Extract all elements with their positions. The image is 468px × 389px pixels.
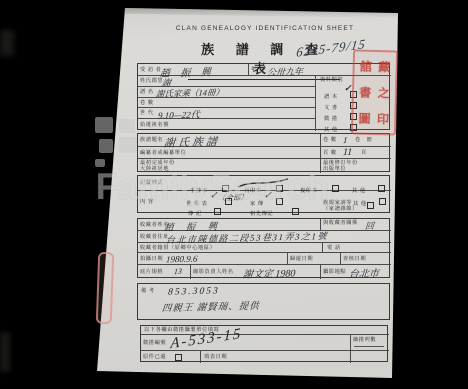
field-genealogy-title: 族譜題名 謝氏族譜 bbox=[138, 134, 321, 147]
field-holder-address: 收藏者住址 台北市陳德路二段53巷31弄3之1號 bbox=[138, 231, 391, 243]
field-label: 編纂者或編纂單位 bbox=[140, 150, 186, 155]
field-filming-place: 攝影地點 台北市 bbox=[321, 265, 391, 279]
seal-char: 書 bbox=[359, 84, 371, 101]
field-label: 查核日期 bbox=[343, 256, 366, 261]
film-smudge bbox=[0, 332, 10, 372]
field-value: 11 bbox=[343, 147, 353, 158]
field-unit: 卷 冊 bbox=[355, 137, 372, 142]
field-compiler: 編纂者或編纂單位 bbox=[138, 147, 321, 159]
field-label: 出版單位 bbox=[323, 166, 346, 171]
empty-cell bbox=[351, 351, 389, 363]
field-label: 電 話 bbox=[327, 245, 341, 250]
category-header: 資料類別 bbox=[320, 77, 343, 82]
row-contents: 內 容 世 系 表 （全部） ✓ 家 傳 ✓ 其 他 傳 記 祖先傳記 族規家訓… bbox=[138, 191, 391, 214]
red-seal-stamp: 舘 藏 書 之 圖 印 bbox=[351, 49, 398, 135]
field-value: 1980.9.6 bbox=[166, 254, 198, 265]
seal-char: 圖 bbox=[358, 109, 370, 126]
field-label: 縮捲呎數 bbox=[353, 337, 376, 342]
blank-line bbox=[354, 346, 384, 347]
remarks-box: 備 考 853.3053 四親王 謝賢瑞、提供 bbox=[137, 283, 390, 320]
checkbox bbox=[367, 202, 374, 209]
field-genealogy-name: 譜 名 謝氏家乘（14冊） bbox=[138, 87, 316, 98]
pen-check-icon: ✓ bbox=[210, 190, 218, 201]
field-return-date: 歸還日期 bbox=[288, 253, 341, 265]
option-label: 傳 記 bbox=[188, 211, 202, 216]
field-label: 縮影負責人姓名 bbox=[193, 269, 234, 274]
field-label: 譜 名 bbox=[140, 89, 154, 94]
field-label: 始遷祖名號 bbox=[140, 122, 169, 127]
field-volume-count: 卷 數 1 卷 冊 bbox=[321, 134, 391, 147]
option-label: 祖先傳記 bbox=[250, 211, 273, 216]
checkbox bbox=[379, 198, 386, 205]
field-reel-length: 縮捲呎數 bbox=[351, 335, 389, 351]
field-label: 攝影地點 bbox=[323, 269, 346, 274]
pink-stamp-fragment bbox=[96, 252, 115, 325]
pen-check-icon: ✓ bbox=[344, 83, 352, 94]
table-holder-info: 收藏者姓名 趙 振 興 與收藏者關係 回 收藏者住址 台北市陳德路二段53巷31… bbox=[137, 218, 390, 278]
field-label: 收藏者籍貫（原鄉中心地區） bbox=[140, 245, 215, 250]
seal-char: 印 bbox=[377, 110, 389, 127]
field-label: 收藏者住址 bbox=[140, 234, 169, 239]
field-unit: 頁 bbox=[361, 150, 367, 155]
field-interviewee: 受 訪 者 趙 振 興 bbox=[138, 64, 249, 76]
field-page-count: 頁 數 11 頁 bbox=[321, 147, 391, 159]
seal-char: 藏 bbox=[378, 58, 390, 75]
checkbox bbox=[292, 208, 299, 215]
field-label: 原件已還 bbox=[143, 354, 166, 359]
table-title-info: 族譜題名 謝氏族譜 卷 數 1 卷 冊 編纂者或編纂單位 頁 數 11 頁 最初… bbox=[137, 133, 390, 172]
field-phone: 電 話 bbox=[323, 243, 391, 253]
field-label: 歸還日期 bbox=[290, 256, 313, 261]
remarks-line-1: 853.3053 bbox=[168, 286, 220, 297]
field-label: 拍攝日期 bbox=[140, 256, 163, 261]
seal-char: 舘 bbox=[360, 58, 372, 75]
field-check-date: 查核日期 bbox=[341, 253, 391, 265]
field-label: 卷 數 bbox=[140, 100, 154, 105]
field-label: 世 代 bbox=[140, 110, 154, 115]
film-smudge bbox=[0, 30, 14, 56]
scanned-genealogy-sheet: CLAN GENEALOGY IDENTIFICATION SHEET 族 譜 … bbox=[0, 0, 468, 389]
field-microfilm-supervisor: 縮影負責人姓名 謝文定 1980 bbox=[191, 265, 321, 279]
field-label: 填表日期 bbox=[204, 354, 227, 359]
field-form-date: 填表日期 bbox=[201, 351, 351, 363]
field-publisher: 最後修訂年份 出版單位 bbox=[321, 159, 391, 173]
form-title-english: CLAN GENEALOGY IDENTIFICATION SHEET bbox=[172, 25, 358, 32]
field-label: 卷 數 bbox=[323, 137, 337, 142]
field-value: 13 bbox=[174, 267, 183, 276]
row-record-format: 記載形式 手抄本 刊印本 複印本 其 他 bbox=[138, 176, 391, 191]
field-volumes: 卷 數 bbox=[138, 98, 316, 108]
field-first-edition: 最初完成年份 大陸祖居地 bbox=[138, 159, 321, 173]
field-label: 大陸祖居地 bbox=[140, 166, 169, 171]
field-label: 年 代 bbox=[251, 67, 265, 72]
pen-stroke-mark bbox=[236, 177, 291, 190]
field-label: 與收藏者關係 bbox=[323, 220, 358, 225]
field-value: 台北市 bbox=[348, 265, 379, 281]
seal-char: 之 bbox=[378, 84, 390, 101]
field-label: 頁 數 bbox=[323, 150, 337, 155]
field-label: 姓氏郡望 bbox=[140, 78, 163, 83]
field-generations: 世 代 9.10—22代 bbox=[138, 108, 316, 119]
checkbox bbox=[175, 354, 182, 361]
field-label: 受 訪 者 bbox=[140, 67, 161, 72]
field-holder-origin: 收藏者籍貫（原鄉中心地區） bbox=[138, 243, 323, 253]
pen-check-icon: ✓ bbox=[264, 190, 272, 201]
option-label: （家譜雜錄） bbox=[323, 206, 358, 211]
field-label: 底片規格 bbox=[140, 269, 163, 274]
field-label: 族譜題名 bbox=[140, 137, 163, 142]
office-use-header: 以下各欄由微捲攝製單位填寫 bbox=[141, 326, 389, 335]
field-first-ancestor: 始遷祖名號 bbox=[138, 119, 316, 131]
field-film-spec: 底片規格 13 bbox=[138, 265, 191, 279]
remarks-line-2: 四親王 謝賢瑞、提供 bbox=[161, 298, 260, 315]
field-label: 記載形式 bbox=[140, 180, 163, 185]
field-label: 微捲編號 bbox=[143, 340, 166, 345]
field-label: 備 考 bbox=[141, 288, 155, 293]
field-holder-relation: 與收藏者關係 回 bbox=[321, 219, 391, 231]
checkbox bbox=[214, 208, 221, 215]
field-label: 內 容 bbox=[140, 199, 154, 204]
table-format-content: 記載形式 手抄本 刊印本 複印本 其 他 內 容 世 系 表 （全部） ✓ 家 … bbox=[137, 175, 390, 213]
field-value: 1 bbox=[343, 135, 348, 145]
field-surname: 姓氏郡望 謝 bbox=[138, 76, 316, 87]
field-value: 謝文定 1980 bbox=[242, 264, 296, 280]
field-filming-date: 拍攝日期 1980.9.6 bbox=[138, 253, 288, 265]
pen-annotation: （全部） bbox=[218, 192, 249, 204]
category-item-label: 其 他 bbox=[324, 127, 338, 132]
